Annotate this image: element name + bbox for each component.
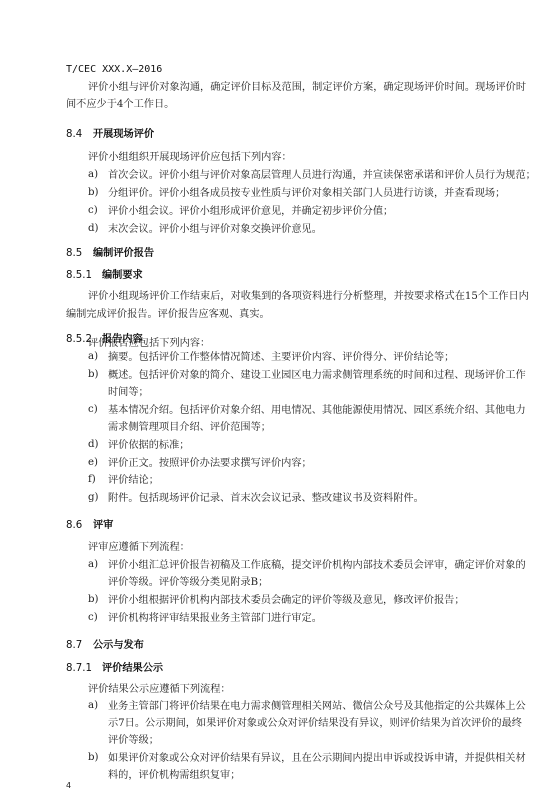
list-marker: d) — [88, 223, 99, 234]
list-item: 评价结论； — [108, 474, 159, 488]
list-marker: f) — [88, 474, 96, 485]
list-item: 评价依据的标准； — [108, 439, 190, 453]
list-item-continuation: 需求侧管理项目介绍、评价范围等； — [108, 421, 271, 435]
list-item: 基本情况介绍。包括评价对象介绍、用电情况、其他能源使用情况、园区系统介绍、其他电… — [108, 404, 526, 418]
list-item-continuation: 料的，评价机构需组织复审； — [108, 769, 240, 783]
list-marker: a) — [88, 559, 98, 570]
list-marker: b) — [88, 369, 99, 380]
list-item: 评价正文。按照评价办法要求撰写评价内容； — [108, 457, 312, 471]
section-heading-8-4: 8.4开展现场评价 — [66, 125, 154, 140]
list-item: 评价小组根据评价机构内部技术委员会确定的评价等级及意见，修改评价报告； — [108, 594, 465, 608]
list-item: 评价小组汇总评价报告初稿及工作底稿，提交评价机构内部技术委员会评审，确定评价对象… — [108, 559, 526, 573]
section-title: 评审 — [93, 520, 113, 531]
list-item: 评价机构将评审结果报业务主管部门进行审定。 — [108, 612, 322, 626]
paragraph-line: 评价小组现场评价工作结束后，对收集到的各项资料进行分析整理，并按要求格式在15个… — [88, 290, 529, 304]
list-marker: c) — [88, 404, 98, 415]
section-number: 8.7.1 — [66, 663, 102, 674]
list-intro: 评价小组组织开展现场评价应包括下列内容： — [88, 151, 292, 165]
section-title: 编制评价报告 — [93, 248, 154, 259]
section-number: 8.5.1 — [66, 270, 102, 281]
section-heading-8-6: 8.6评审 — [66, 516, 113, 531]
list-item-continuation: 评价等级； — [108, 734, 159, 748]
list-item-continuation: 时间等； — [108, 386, 149, 400]
section-number: 8.5 — [66, 248, 93, 259]
list-item-continuation: 示7日。公示期间，如果评价对象或公众对评价结果没有异议，则评价结果为首次评价的最… — [108, 717, 522, 731]
list-marker: b) — [88, 594, 99, 605]
list-marker: c) — [88, 612, 98, 623]
section-number: 8.4 — [66, 129, 93, 140]
list-marker: a) — [88, 351, 98, 362]
list-marker: a) — [88, 700, 98, 711]
doc-code-header: T/CEC XXX.X—2016 — [66, 64, 162, 75]
page-number: 4 — [66, 781, 71, 790]
list-marker: c) — [88, 205, 98, 216]
section-number: 8.7 — [66, 640, 93, 651]
list-item-continuation: 评价等级。评价等级分类见附录B； — [108, 576, 268, 590]
list-item: 摘要。包括评价工作整体情况简述、主要评价内容、评价得分、评价结论等； — [108, 351, 454, 365]
list-marker: g) — [88, 492, 99, 503]
paragraph-line: 间不应少于4个工作日。 — [66, 98, 174, 112]
section-title: 开展现场评价 — [93, 129, 154, 140]
list-intro: 评价报告应包括下列内容： — [88, 337, 210, 351]
section-title: 评价结果公示 — [102, 663, 163, 674]
list-intro: 评价结果公示应遵循下列流程： — [88, 683, 231, 697]
section-heading-8-5-1: 8.5.1编制要求 — [66, 266, 143, 281]
section-number: 8.6 — [66, 520, 93, 531]
list-item: 附件。包括现场评价记录、首末次会议记录、整改建议书及资料附件。 — [108, 492, 424, 506]
list-intro: 评审应遵循下列流程： — [88, 541, 190, 555]
list-item: 评价小组会议。评价小组形成评价意见，并确定初步评价分值； — [108, 205, 393, 219]
section-heading-8-5: 8.5编制评价报告 — [66, 244, 154, 259]
document-page: T/CEC XXX.X—2016 评价小组与评价对象沟通，确定评价目标及范围，制… — [0, 0, 560, 792]
list-marker: e) — [88, 457, 98, 468]
list-marker: d) — [88, 439, 99, 450]
list-item: 末次会议。评价小组与评价对象交换评价意见。 — [108, 223, 322, 237]
list-item: 如果评价对象或公众对评价结果有异议，且在公示期间内提出申诉或投诉申请，并提供相关… — [108, 752, 526, 766]
section-heading-8-7-1: 8.7.1评价结果公示 — [66, 659, 163, 674]
paragraph-line: 编制完成评价报告。评价报告应客观、真实。 — [66, 308, 270, 322]
list-marker: b) — [88, 187, 99, 198]
paragraph-line: 评价小组与评价对象沟通，确定评价目标及范围，制定评价方案，确定现场评价时间。现场… — [88, 81, 526, 95]
list-item: 首次会议。评价小组与评价对象高层管理人员进行沟通，并宣读保密承诺和评价人员行为规… — [108, 169, 536, 183]
section-heading-8-7: 8.7公示与发布 — [66, 636, 144, 651]
list-marker: a) — [88, 169, 98, 180]
list-item: 业务主管部门将评价结果在电力需求侧管理相关网站、微信公众号及其他指定的公共媒体上… — [108, 700, 526, 714]
section-title: 公示与发布 — [93, 640, 144, 651]
list-item: 分组评价。评价小组各成员按专业性质与评价对象相关部门人员进行访谈，并查看现场； — [108, 187, 505, 201]
list-marker: b) — [88, 752, 99, 763]
section-title: 编制要求 — [102, 270, 143, 281]
list-item: 概述。包括评价对象的简介、建设工业园区电力需求侧管理系统的时间和过程、现场评价工… — [108, 369, 526, 383]
